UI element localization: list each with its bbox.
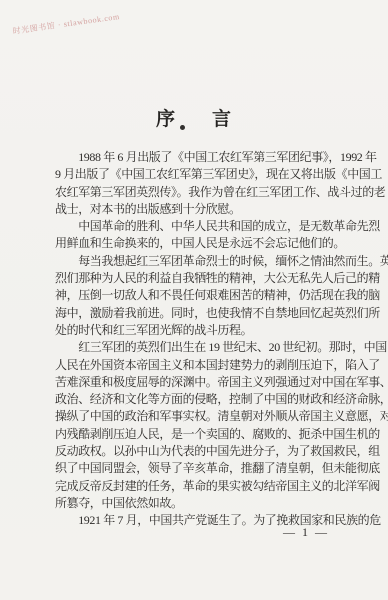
text-line: 神，压倒一切敌人和不畏任何艰难困苦的精神，仍活现在我的脑: [55, 287, 349, 304]
text-line: 织了中国同盟会，领导了辛亥革命，推翻了清皇朝，但未能彻底: [55, 460, 349, 477]
text-line: 所篡夺，中国依然如故。: [55, 495, 349, 512]
text-line: 每当我想起红三军团革命烈士的时候，缅怀之情油然而生。英: [55, 253, 349, 270]
text-line: 农红军第三军团英烈传》。我作为曾在红三军团工作、战斗过的老: [55, 184, 349, 201]
text-line: 完成反帝反封建的任务，革命的果实被勾结帝国主义的北洋军阀: [55, 478, 349, 495]
text-line: 操纵了中国的政治和军事实权。清皇朝对外顺从帝国主义意愿，对: [55, 408, 349, 425]
text-line: 用鲜血和生命换来的，中国人民是永远不会忘记他们的。: [55, 235, 349, 252]
title-char-left: 序: [156, 104, 176, 131]
text-line: 政治、经济和文化等方面的侵略，控制了中国的财政和经济命脉，: [55, 391, 349, 408]
body-text: 1988 年 6 月出版了《中国工农红军第三军团纪事》，1992 年9 月出版了…: [55, 149, 349, 530]
text-line: 内残酷剥削压迫人民，是一个卖国的、腐败的、扼杀中国生机的: [55, 426, 349, 443]
text-line: 中国革命的胜利、中华人民共和国的成立，是无数革命先烈: [55, 218, 349, 235]
page-number: — 1 —: [55, 525, 347, 540]
text-line: 人民在外国资本帝国主义和本国封建势力的剥削压迫下，陷入了: [55, 357, 349, 374]
text-line: 反动政权。以孙中山为代表的中国先进分子，为了救国救民，组: [55, 443, 349, 460]
text-line: 1988 年 6 月出版了《中国工农红军第三军团纪事》，1992 年: [55, 149, 349, 166]
watermark: 时光图书馆 · stlawbook.com: [12, 11, 120, 37]
text-line: 处的时代和红三军团光辉的战斗历程。: [55, 322, 349, 339]
scanned-book-page: 时光图书馆 · stlawbook.com 序 言 1988 年 6 月出版了《…: [0, 0, 388, 600]
title-char-right: 言: [212, 104, 232, 131]
text-line: 红三军团的英烈们出生在 19 世纪末、20 世纪初。那时，中国: [55, 339, 349, 356]
text-line: 烈们那种为人民的利益自我牺牲的精神，大公无私先人后己的精: [55, 270, 349, 287]
text-line: 9 月出版了《中国工农红军第三军团史》，现在又将出版《中国工: [55, 166, 349, 183]
text-line: 战士，对本书的出版感到十分欣慰。: [55, 201, 349, 218]
ink-dot: [180, 125, 185, 130]
text-line: 苦难深重和极度屈辱的深渊中。帝国主义列强通过对中国在军事、: [55, 374, 349, 391]
text-line: 海中，激励着我前进。同时，也使我情不自禁地回忆起英烈们所: [55, 305, 349, 322]
page-title: 序 言: [0, 104, 388, 131]
